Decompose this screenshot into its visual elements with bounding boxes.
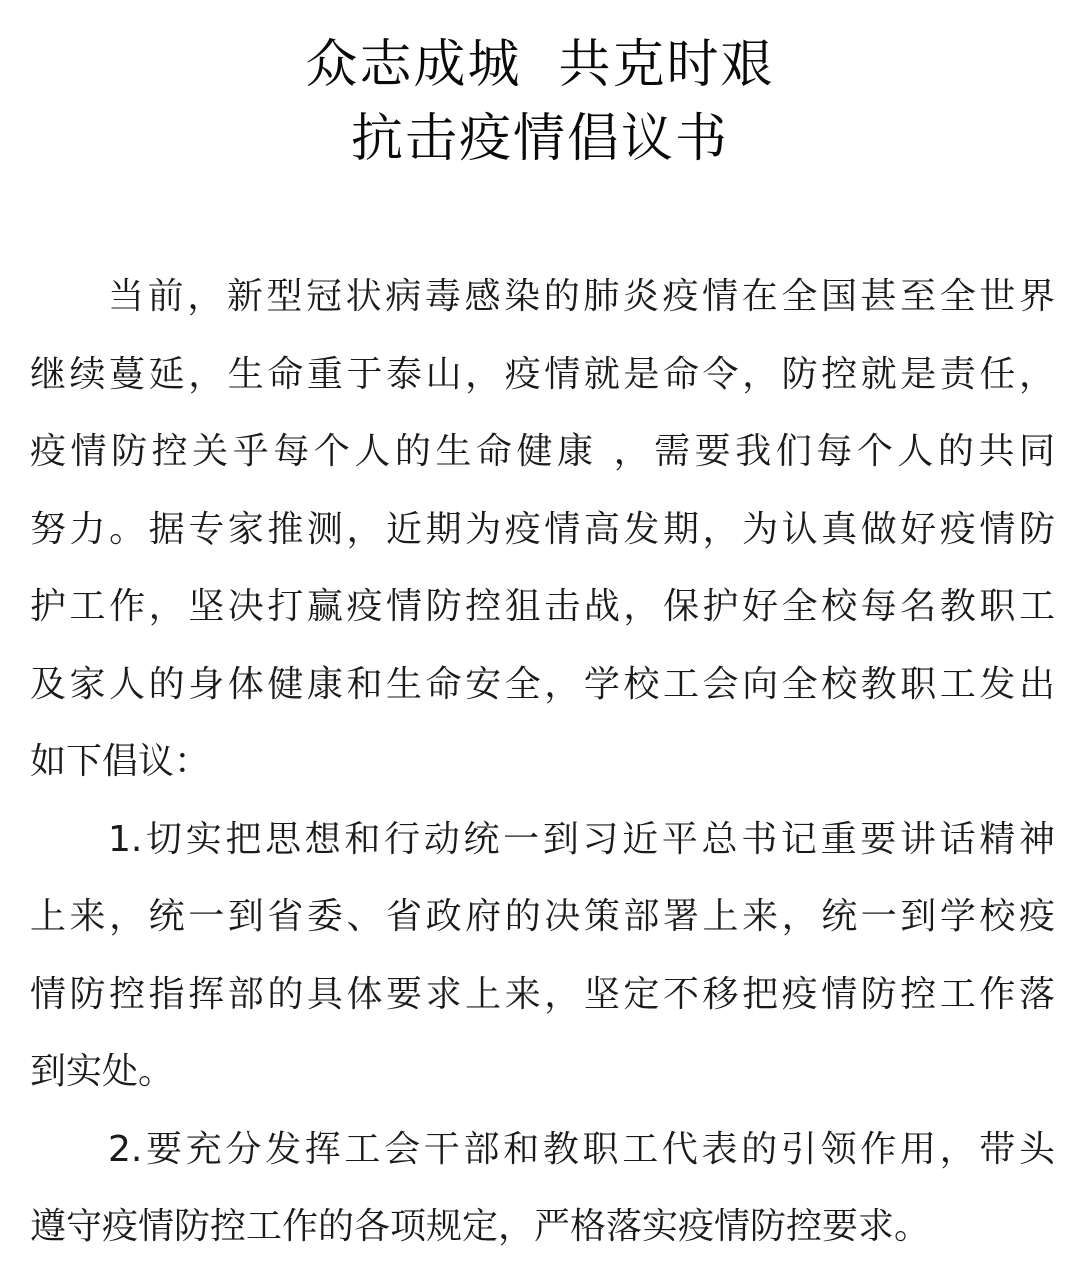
title-line-2: 抗击疫情倡议书 (0, 102, 1080, 176)
paragraph-intro-line-4: 努力。据专家推测，近期为疫情高发期，为认真做好疫情防 (30, 491, 1055, 569)
item-2-line-2: 遵守疫情防控工作的各项规定，严格落实疫情防控要求。 (30, 1188, 1055, 1264)
item-1-line-1: 1.切实把思想和行动统一到习近平总书记重要讲话精神 (30, 801, 1055, 879)
document-title: 众志成城 共克时艰 抗击疫情倡议书 (0, 28, 1080, 176)
title-line-1: 众志成城 共克时艰 (0, 28, 1080, 102)
paragraph-intro-line-2: 继续蔓延，生命重于泰山，疫情就是命令，防控就是责任， (30, 336, 1055, 414)
item-1-line-4: 到实处。 (30, 1033, 1055, 1111)
paragraph-intro-line-7: 如下倡议： (30, 723, 1055, 801)
item-2-line-1: 2.要充分发挥工会干部和教职工代表的引领作用，带头 (30, 1111, 1055, 1189)
paragraph-intro-line-3: 疫情防控关乎每个人的生命健康 ，需要我们每个人的共同 (30, 413, 1055, 491)
document-body: 当前，新型冠状病毒感染的肺炎疫情在全国甚至全世界 继续蔓延，生命重于泰山，疫情就… (30, 258, 1055, 1264)
paragraph-intro-line-5: 护工作，坚决打赢疫情防控狙击战，保护好全校每名教职工 (30, 568, 1055, 646)
paragraph-intro-line-1: 当前，新型冠状病毒感染的肺炎疫情在全国甚至全世界 (30, 258, 1055, 336)
item-1-line-2: 上来，统一到省委、省政府的决策部署上来，统一到学校疫 (30, 878, 1055, 956)
item-1-line-3: 情防控指挥部的具体要求上来，坚定不移把疫情防控工作落 (30, 956, 1055, 1034)
paragraph-intro-line-6: 及家人的身体健康和生命安全，学校工会向全校教职工发出 (30, 646, 1055, 724)
